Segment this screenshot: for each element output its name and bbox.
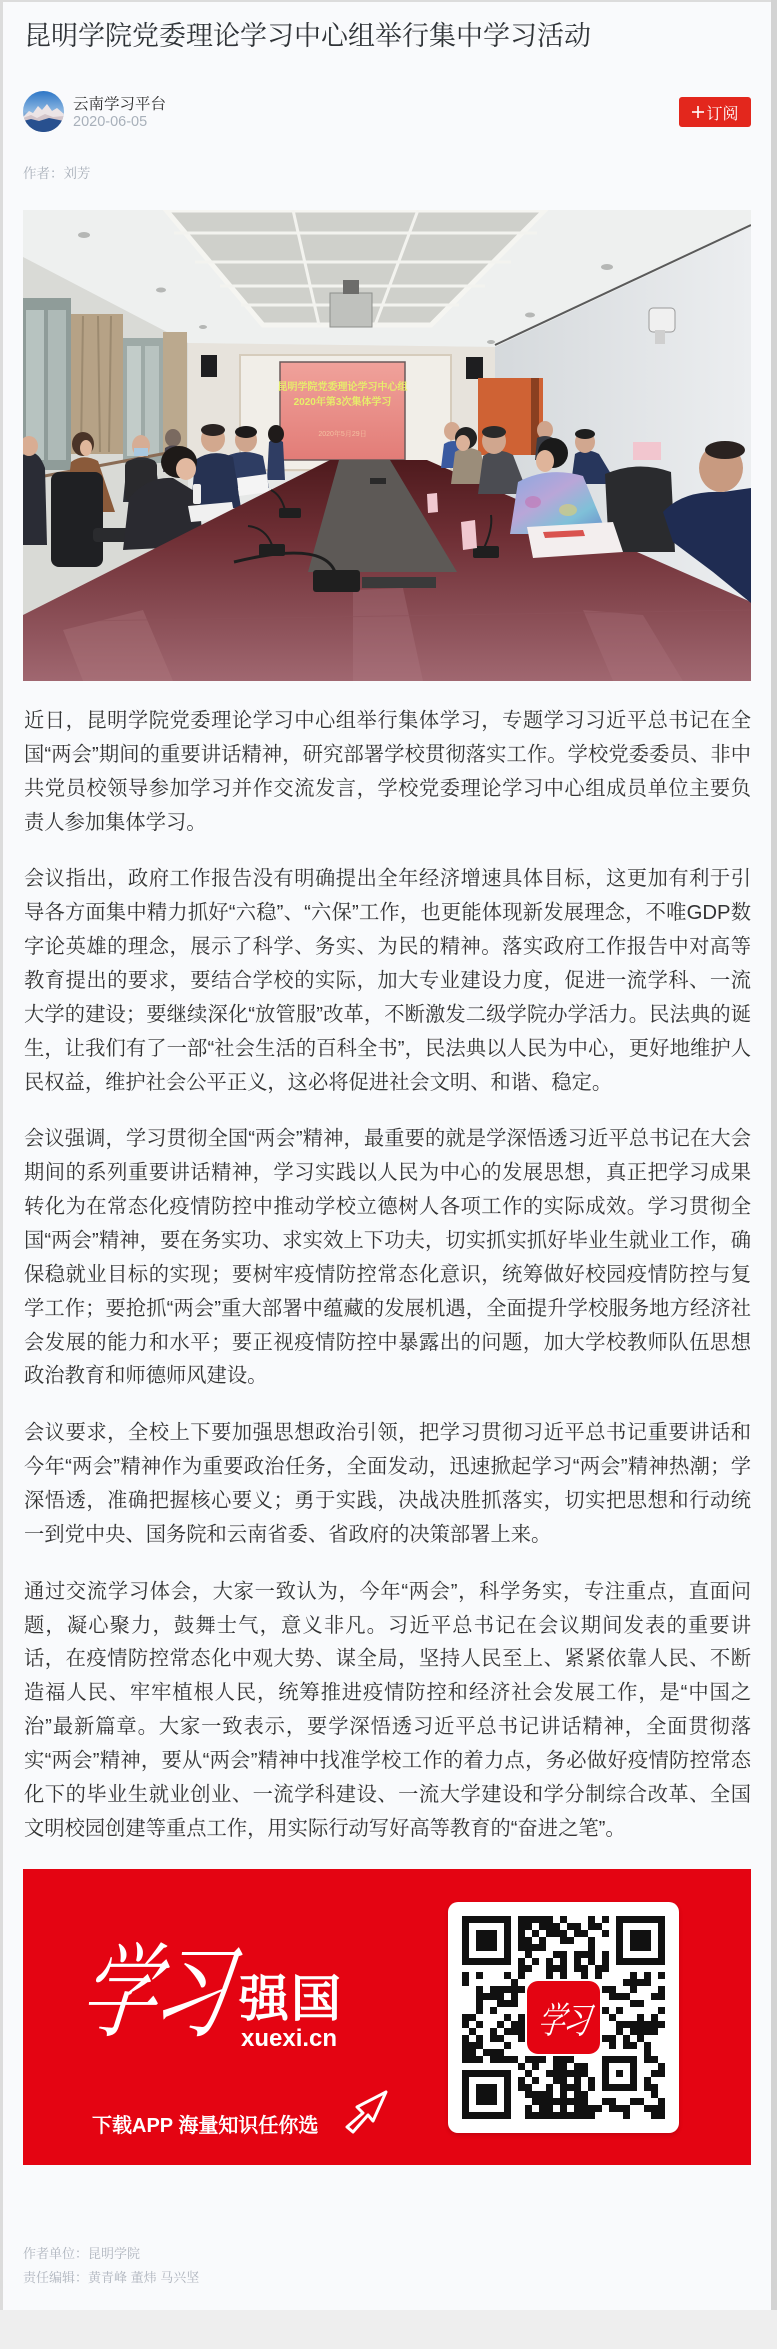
banner-brand: 强国 xyxy=(239,1971,343,2027)
paragraph: 会议要求，全校上下要加强思想政治引领，把学习贯彻习近平总书记重要讲话和今年“两会… xyxy=(24,1417,751,1552)
subscribe-label: 订阅 xyxy=(706,101,738,124)
article: 昆明学院党委理论学习中心组举行集中学习活动 云南学习平台 2020-06-05 … xyxy=(0,0,777,2310)
paragraph: 近日，昆明学院党委理论学习中心组举行集体学习，专题学习习近平总书记在全国“两会”… xyxy=(24,705,751,840)
author-unit: 作者单位：昆明学院 xyxy=(23,2242,199,2266)
paragraph: 会议强调，学习贯彻全国“两会”精神，最重要的就是学深悟透习近平总书记在大会期间的… xyxy=(24,1123,751,1394)
subscribe-button[interactable]: 订阅 xyxy=(679,97,751,127)
author-unit-label: 作者单位： xyxy=(23,2246,88,2261)
author-label: 作者： xyxy=(23,166,64,181)
screen-date: 2020年5月29日 xyxy=(318,429,366,438)
meeting-photo: 昆明学院党委理论学习中心组 2020年第3次集体学习 2020年5月29日 xyxy=(23,210,751,681)
xuexi-banner: 学习 强国 xuexi.cn 下载APP 海量知识任你选 学习 xyxy=(23,1869,751,2165)
screen-subtitle: 2020年第3次集体学习 xyxy=(294,395,392,408)
arrow-up-right-icon xyxy=(342,2087,390,2135)
plus-icon xyxy=(691,105,705,119)
author-unit-value: 昆明学院 xyxy=(88,2246,140,2261)
qr-logo-text: 学习 xyxy=(535,1991,592,2044)
source-name[interactable]: 云南学习平台 xyxy=(73,95,166,114)
responsible-editors: 责任编辑：黄青峰 董炜 马兴坚 xyxy=(23,2266,199,2290)
publish-date: 2020-06-05 xyxy=(73,114,147,130)
banner-slogan: 下载APP 海量知识任你选 xyxy=(92,2114,318,2138)
mountain-avatar-icon xyxy=(23,91,64,132)
qr-code: 学习 xyxy=(462,1916,665,2119)
article-photo: 昆明学院党委理论学习中心组 2020年第3次集体学习 2020年5月29日 xyxy=(23,210,751,681)
screen-title: 昆明学院党委理论学习中心组 xyxy=(278,380,408,393)
editors-label: 责任编辑： xyxy=(23,2270,88,2285)
banner-domain: xuexi.cn xyxy=(241,2026,337,2052)
editors-value: 黄青峰 董炜 马兴坚 xyxy=(88,2270,199,2285)
qr-logo: 学习 xyxy=(527,1981,600,2054)
article-body: 近日，昆明学院党委理论学习中心组举行集体学习，专题学习习近平总书记在全国“两会”… xyxy=(24,705,751,1870)
qr-card: 学习 xyxy=(448,1902,679,2133)
source-avatar[interactable] xyxy=(23,91,64,132)
author-line: 作者：刘芳 xyxy=(23,165,91,182)
author-name: 刘芳 xyxy=(64,166,91,181)
paragraph: 通过交流学习体会，大家一致认为，今年“两会”，科学务实，专注重点，直面问题，凝心… xyxy=(24,1576,751,1847)
banner-calligraphy: 学习 xyxy=(75,1939,233,2047)
paragraph: 会议指出，政府工作报告没有明确提出全年经济增速具体目标，这更加有利于引导各方面集… xyxy=(24,863,751,1100)
article-title: 昆明学院党委理论学习中心组举行集中学习活动 xyxy=(24,19,591,53)
article-footer: 作者单位：昆明学院 责任编辑：黄青峰 董炜 马兴坚 xyxy=(23,2242,199,2289)
